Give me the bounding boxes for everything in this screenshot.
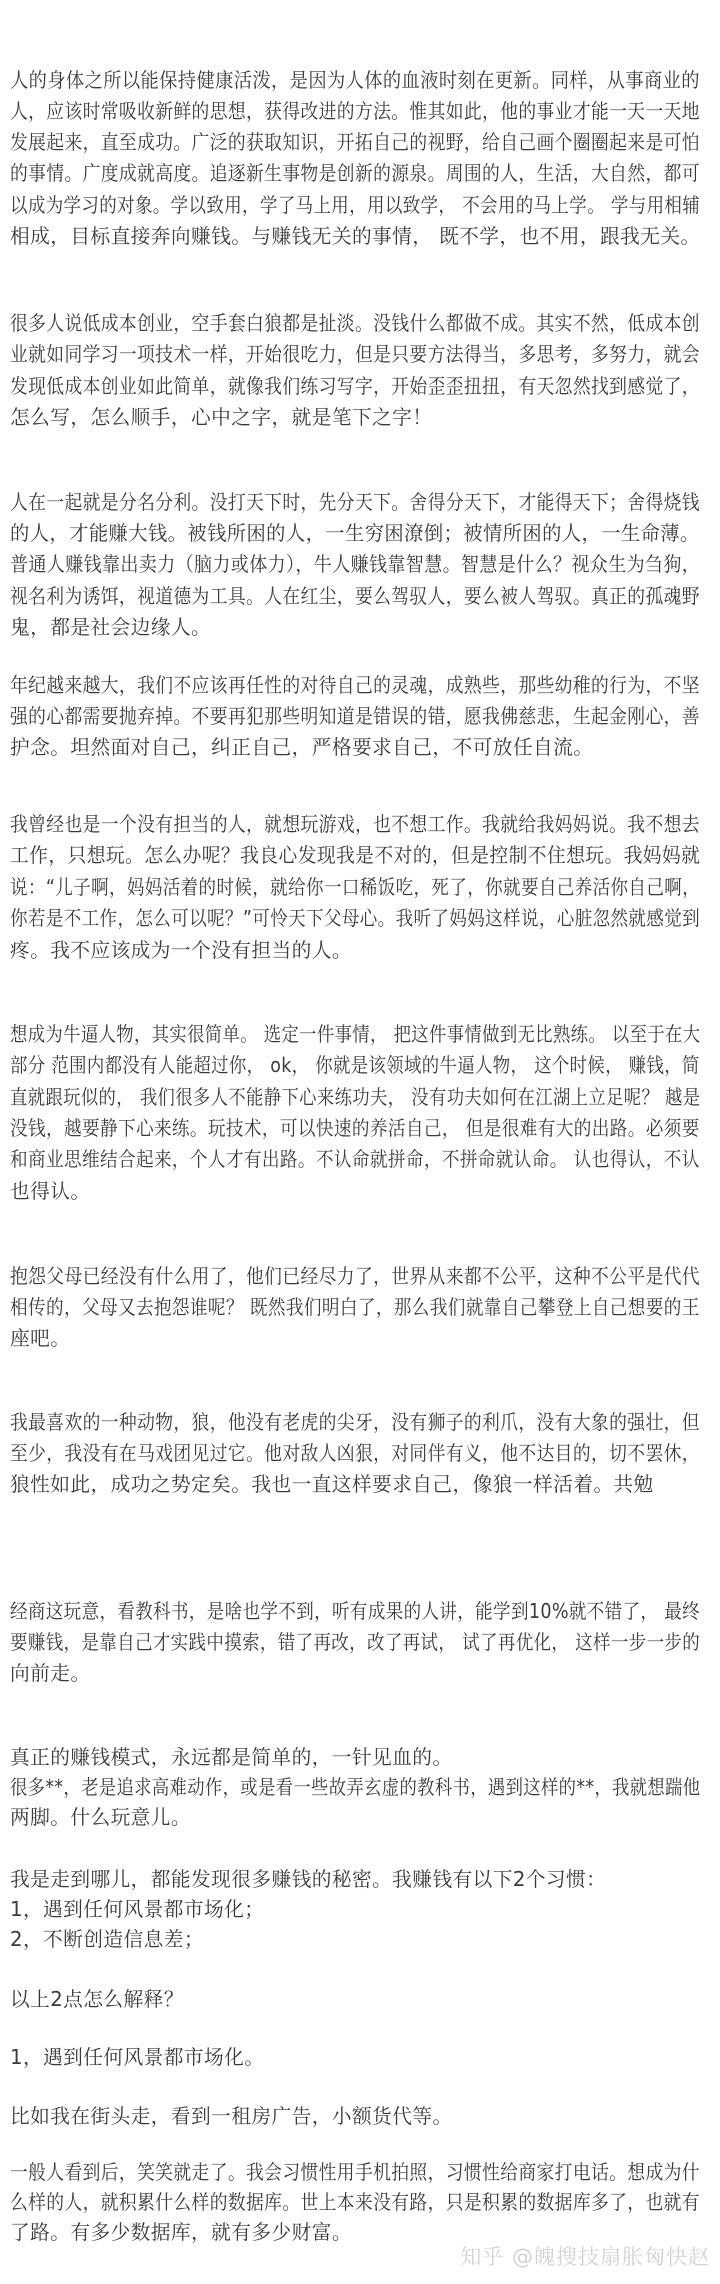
text-line: 比如我在街头走，看到一租房广告，小额货代等。 [10, 2101, 700, 2132]
text-line: 人的身体之所以能保持健康活泼，是因为人体的血液时刻在更新。同样，从事商业的 [10, 65, 650, 96]
text-line: 的人，才能赚大钱。被钱所困的人，一生穷困潦倒；被情所困的人，一生命薄。 [10, 518, 686, 549]
text-line: 和商业思维结合起来，个人才有出路。不认命就拼命，不拼命就认命。 认也得认，不认 [10, 1144, 627, 1175]
text-line: 人，应该时常吸收新鲜的思想，获得改进的方法。惟其如此，他的事业才能一天一天地 [10, 96, 633, 127]
text-line: 相传的，父母又去抱怨谁呢？ 既然我们明白了，那么我们就靠自己攀登上自己想要的王 [10, 1292, 627, 1323]
text-line: 直就跟玩似的， 我们很多人不能静下心来练功夫， 没有功夫如何在江湖上立足呢？ 越… [10, 1082, 618, 1113]
text-line: 真正的赚钱模式，永远都是简单的，一针见血的。 [10, 1742, 700, 1773]
text-line: 1，遇到任何风景都市场化。 [10, 2042, 700, 2073]
text-line: 座吧。 [10, 1323, 700, 1354]
list-item: 2，不断创造信息差； [10, 1924, 700, 1955]
text-line: 视名利为诱饵，视道德为工具。人在红尘，要么驾驭人，要么被人驾驭。真正的孤魂野 [10, 581, 633, 612]
text-line: 部分 范围内都没有人能超过你， ok， 你就是该领域的牛逼人物， 这个时候， 赚… [10, 1050, 619, 1081]
text-line: 工作，只想玩。怎么办呢？我良心发现我是不对的，但是控制不住想玩。我妈妈就 [10, 840, 668, 871]
zhihu-watermark: 知乎 @魄搜技扇胀匈快赵 [460, 2240, 710, 2274]
text-line: 的事情。广度成就高度。追逐新生事物是创新的源泉。周围的人，生活，大自然，都可 [10, 158, 633, 189]
text-line: 以成为学习的对象。学以致用，学了马上用，用以致学， 不会用的马上学。 学与用相辅 [10, 190, 623, 221]
article-page: 人的身体之所以能保持健康活泼，是因为人体的血液时刻在更新。同样，从事商业的 人，… [0, 0, 720, 2284]
list-item: 1，遇到任何风景都市场化； [10, 1894, 700, 1925]
text-line: 鬼，都是社会边缘人。 [10, 612, 700, 643]
text-line: 人在一起就是分名分利。没打天下时，先分天下。舍得分天下，才能得天下；舍得烧钱 [10, 487, 633, 518]
text-line: 护念。坦然面对自己，纠正自己，严格要求自己，不可放任自流。 [10, 732, 700, 763]
text-line: 抱怨父母已经没有什么用了，他们已经尽力了，世界从来都不公平，这种不公平是代代 [10, 1261, 633, 1292]
text-line: 要赚钱，是靠自己才实践中摸索，错了再改，改了再试， 试了再优化， 这样一步一步的 [10, 1627, 623, 1658]
text-line: 也得认。 [10, 1176, 700, 1207]
text-line: 怎么写，怎么顺手，心中之字，就是笔下之字！ [10, 402, 700, 433]
text-line: 以上2点怎么解释？ [10, 1984, 700, 2015]
text-line: 发展起来，直至成功。广泛的获取知识，开拓自己的视野，给自己画个圈圈起来是可怕 [10, 127, 633, 158]
text-line: 想成为牛逼人物，其实很简单。 选定一件事情， 把这件事情做到无比熟练。 以至于在… [10, 1019, 618, 1050]
text-line: 一般人看到后，笑笑就走了。我会习惯性用手机拍照，习惯性给商家打电话。想成为什 [10, 2157, 633, 2188]
text-line: 说：“儿子啊，妈妈活着的时候，就给你一口稀饭吃，死了，你就要自己养活你自己啊， [10, 872, 625, 903]
text-line: 我最喜欢的一种动物，狼，他没有老虎的尖牙，没有狮子的利爪，没有大象的强壮，但 [10, 1407, 633, 1438]
text-line: 你若是不工作，怎么可以呢？”可怜天下父母心。我听了妈妈这样说，心脏忽然就感觉到 [10, 903, 625, 934]
text-line: 经商这玩意，看教科书，是啥也学不到，听有成果的人讲，能学到10%就不错了， 最终 [10, 1596, 624, 1627]
text-line: 很多人说低成本创业，空手套白狼都是扯淡。没钱什么都做不成。其实不然，低成本创 [10, 308, 633, 339]
text-line: 相成，目标直接奔向赚钱。与赚钱无关的事情， 既不学，也不用，跟我无关。 [10, 221, 700, 252]
text-line: 至少，我没有在马戏团见过它。他对敌人凶狠，对同伴有义，他不达目的，切不罢休， [10, 1438, 633, 1469]
text-line: 两脚。什么玩意儿。 [10, 1802, 700, 1833]
text-line: 我曾经也是一个没有担当的人，就想玩游戏，也不想工作。我就给我妈妈说。我不想去 [10, 809, 633, 840]
text-line: 么样的人，就积累什么样的数据库。世上本来没有路，只是积累的数据库多了，也就有 [10, 2187, 633, 2218]
text-line: 普通人赚钱靠出卖力（脑力或体力），牛人赚钱靠智慧。智慧是什么？视众生为刍狗， [10, 549, 641, 580]
text-line: 业就如同学习一项技术一样，开始很吃力，但是只要方法得当，多思考，多努力，就会 [10, 339, 633, 370]
text-line: 很多**，老是追求高难动作，或是看一些故弄玄虚的教科书，遇到这样的**，我就想踹… [10, 1772, 617, 1803]
text-line: 年纪越来越大，我们不应该再任性的对待自己的灵魂，成熟些，那些幼稚的行为，不坚 [10, 670, 633, 701]
text-line: 发现低成本创业如此简单，就像我们练习写字，开始歪歪扭扭，有天忽然找到感觉了， [10, 371, 633, 402]
text-line: 疼。我不应该成为一个没有担当的人。 [10, 935, 700, 966]
text-line: 向前走。 [10, 1658, 700, 1689]
text-line: 狼性如此，成功之势定矣。我也一直这样要求自己，像狼一样活着。共勉 [10, 1469, 700, 1500]
text-line: 没钱，越要静下心来练。玩技术，可以快速的养活自己， 但是很难有大的出路。必须要 [10, 1113, 627, 1144]
text-line: 我是走到哪儿，都能发现很多赚钱的秘密。我赚钱有以下2个习惯： [10, 1864, 700, 1895]
text-line: 强的心都需要抛弃掉。不要再犯那些明知道是错误的错，愿我佛慈悲，生起金刚心，善 [10, 701, 633, 732]
